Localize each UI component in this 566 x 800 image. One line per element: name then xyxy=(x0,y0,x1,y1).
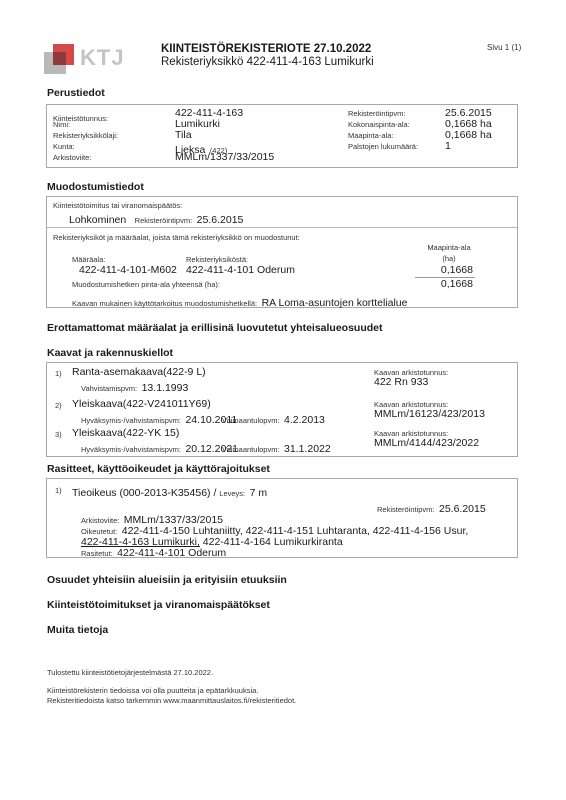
section-heading-kaavat: Kaavat ja rakennuskiellot xyxy=(47,347,173,360)
usage-value: RA Loma-asuntojen korttelialue xyxy=(262,297,408,309)
section-heading-perustiedot: Perustiedot xyxy=(47,87,105,100)
kaava-date1-value: 13.1.1993 xyxy=(142,382,189,394)
rasitteet-box: 1) Tieoikeus (000-2013-K35456) / Leveys:… xyxy=(46,478,518,558)
field-label: Arkistoviite: xyxy=(53,152,91,163)
kaava-number: 3) xyxy=(55,429,62,440)
total-value: 0,1668 xyxy=(421,278,473,290)
kaava-archive-value: MMLm/16123/423/2013 xyxy=(374,408,485,420)
kaavat-box: 1) Ranta-asemakaava(422-9 L) Vahvistamis… xyxy=(46,362,518,457)
kaava-number: 1) xyxy=(55,368,62,379)
origin-maaraala: 422-411-4-101-M602 xyxy=(79,264,177,276)
field-label: Kokonaispinta-ala: xyxy=(348,119,410,130)
muodostumistiedot-box: Kiinteistötoimitus tai viranomaispäätös:… xyxy=(46,196,518,308)
rasite-separator: / xyxy=(211,487,220,499)
kaava-dates: Vahvistamispvm: 13.1.1993 xyxy=(81,378,188,396)
footer-note-2: Rekisteritiedoista katso tarkemmin www.m… xyxy=(47,696,296,706)
kaava-number: 2) xyxy=(55,400,62,411)
field-value: 1 xyxy=(445,140,451,152)
field-value: MMLm/1337/33/2015 xyxy=(175,151,274,163)
kaava-date2-value: 4.2.2013 xyxy=(284,414,325,426)
section-heading-osuudet: Osuudet yhteisiin alueisiin ja erityisii… xyxy=(47,574,287,587)
rasite-reg-date: Rekisteröintipvm: 25.6.2015 xyxy=(377,499,486,517)
kaava-name: Yleiskaava(422-YK 15) xyxy=(72,427,179,439)
kaava-date2-label: Voimaantulopvm: xyxy=(222,416,280,425)
field-label: Rekisteröintipvm: xyxy=(348,108,406,119)
total-label: Muodostumishetken pinta-ala yhteensä (ha… xyxy=(72,279,220,290)
rasite-name: Tieoikeus (000-2013-K35456) xyxy=(72,487,211,499)
document-subtitle: Rekisteriyksikkö 422-411-4-163 Lumikurki xyxy=(161,55,374,69)
usage-row: Kaavan mukainen käyttötarkoitus muodostu… xyxy=(72,293,407,311)
kaava-date1-label: Vahvistamispvm: xyxy=(81,384,137,393)
perustiedot-box: Kiinteistötunnus: 422-411-4-163 Nimi: Lu… xyxy=(46,104,518,168)
divider xyxy=(47,227,517,228)
logo-overlap-icon xyxy=(53,52,66,65)
logo-text: KTJ xyxy=(80,44,125,72)
field-label: Maapinta-ala: xyxy=(348,130,393,141)
rasitetut-value: 422-411-4-101 Oderum xyxy=(117,547,226,559)
kaava-archive-value: 422 Rn 933 xyxy=(374,376,428,388)
field-label: Palstojen lukumäärä: xyxy=(348,141,418,152)
footer-printed: Tulostettu kiinteistötietojärjestelmästä… xyxy=(47,668,213,678)
footer-note-1: Kiinteistörekisterin tiedoissa voi olla … xyxy=(47,686,258,696)
field-value: 0,1668 ha xyxy=(445,129,492,141)
origin-rekisteriyksikko: 422-411-4-101 Oderum xyxy=(186,264,295,276)
rasite-number: 1) xyxy=(55,485,62,496)
section-heading-toimitukset: Kiinteistötoimitukset ja viranomaispäätö… xyxy=(47,599,270,612)
kaava-dates: Hyväksymis-/vahvistamispvm: 20.12.2021 xyxy=(81,439,238,457)
field-label: Nimi: xyxy=(53,119,70,130)
field-label: Rekisteriyksikkölaji: xyxy=(53,130,118,141)
origin-label: Rekisteriyksiköt ja määräalat, joista tä… xyxy=(53,232,300,243)
rasitetut-label: Rasitetut: xyxy=(81,549,113,558)
section-heading-rasitteet: Rasitteet, käyttöoikeudet ja käyttörajoi… xyxy=(47,463,270,476)
kaava-name: Ranta-asemakaava(422-9 L) xyxy=(72,366,206,378)
ktj-logo: KTJ xyxy=(42,38,114,78)
rasite-width-value: 7 m xyxy=(250,487,268,499)
kaava-date2: Voimaantulopvm: 31.1.2022 xyxy=(222,439,331,457)
kaava-date1-label: Hyväksymis-/vahvistamispvm: xyxy=(81,445,181,454)
section-heading-muodostumistiedot: Muodostumistiedot xyxy=(47,181,144,194)
kaava-name: Yleiskaava(422-V241011Y69) xyxy=(72,398,211,410)
reg-date-value: 25.6.2015 xyxy=(197,214,244,226)
page-number: Sivu 1 (1) xyxy=(487,43,521,52)
toimitus-row: Lohkominen Rekisteröintipvm: 25.6.2015 xyxy=(69,210,243,228)
section-heading-erottamattomat: Erottamattomat määräalat ja erillisinä l… xyxy=(47,322,383,335)
rasite-rasitetut: Rasitetut: 422-411-4-101 Oderum xyxy=(81,543,226,561)
rasite-reg-value: 25.6.2015 xyxy=(439,503,486,515)
col-header-area-unit: (ha) xyxy=(425,253,473,264)
kaava-archive-value: MMLm/4144/423/2022 xyxy=(374,437,479,449)
section-heading-muita: Muita tietoja xyxy=(47,624,108,637)
kaava-date2-label: Voimaantulopvm: xyxy=(222,445,280,454)
kaava-dates: Hyväksymis-/vahvistamispvm: 24.10.2011 xyxy=(81,410,237,428)
kaava-date2-value: 31.1.2022 xyxy=(284,443,331,455)
rasite-reg-label: Rekisteröintipvm: xyxy=(377,505,435,514)
toimitus-value: Lohkominen xyxy=(69,214,126,226)
usage-label: Kaavan mukainen käyttötarkoitus muodostu… xyxy=(72,299,257,308)
kaava-date2: Voimaantulopvm: 4.2.2013 xyxy=(222,410,325,428)
kaava-date1-label: Hyväksymis-/vahvistamispvm: xyxy=(81,416,181,425)
col-header-area: Maapinta-ala xyxy=(425,242,473,253)
rasite-title-row: Tieoikeus (000-2013-K35456) / Leveys: 7 … xyxy=(72,483,267,501)
rasite-width-label: Leveys: xyxy=(219,489,245,498)
field-label: Kunta: xyxy=(53,141,75,152)
reg-date-label: Rekisteröintipvm: xyxy=(135,216,193,225)
origin-area: 0,1668 xyxy=(421,264,473,276)
document-title: KIINTEISTÖREKISTERIOTE 27.10.2022 xyxy=(161,42,371,56)
